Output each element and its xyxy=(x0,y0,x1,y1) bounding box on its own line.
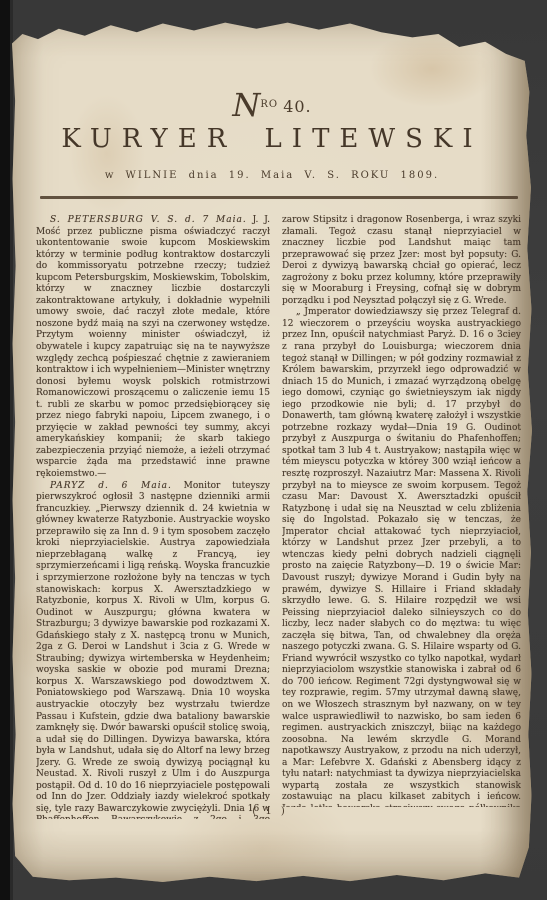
article-imperator-text: „ Jmperator dowiedziawszy się przez Tele… xyxy=(282,307,521,807)
dateline: w WILNIE dnia 19. Maia V. S. ROKU 1809. xyxy=(12,170,532,181)
binding-edge xyxy=(10,0,13,900)
issue-number: 40. xyxy=(283,97,311,116)
page-number: ( 1 ) xyxy=(230,806,310,817)
newspaper-title: KURYER LITEWSKI xyxy=(12,124,532,154)
article-petersburg-heading: S. PETERSBURG V. S. d. 7 Maia. xyxy=(50,215,247,225)
article-paryz-continuation: zarow Stipsitz i dragonow Rosenberga, i … xyxy=(282,215,521,307)
article-paryz: PARYZ d. 6 Maia. Monitor tuteyszy pierws… xyxy=(36,481,270,819)
article-paryz-text: Monitor tuteyszy pierwszykroć ogłosił 3 … xyxy=(36,481,270,819)
newspaper-page: NRO 40. KURYER LITEWSKI w WILNIE dnia 19… xyxy=(12,14,532,882)
left-column: S. PETERSBURG V. S. d. 7 Maia. J. J. Moś… xyxy=(36,215,270,819)
issue-prefix: N xyxy=(232,86,260,124)
article-petersburg-text: J. J. Mość przez publiczne pisma oświadc… xyxy=(36,215,270,479)
issue-ro-superscript: RO xyxy=(260,99,278,110)
issue-number-line: NRO 40. xyxy=(12,86,532,124)
binding-shadow-strip xyxy=(0,0,10,900)
article-imperator: „ Jmperator dowiedziawszy się przez Tele… xyxy=(282,307,521,807)
article-paryz-continuation-text: zarow Stipsitz i dragonow Rosenberga, i … xyxy=(282,215,521,306)
article-petersburg: S. PETERSBURG V. S. d. 7 Maia. J. J. Moś… xyxy=(36,215,270,481)
masthead-rule xyxy=(40,196,518,199)
article-paryz-heading: PARYZ d. 6 Maia. xyxy=(50,481,172,491)
right-column: zarow Stipsitz i dragonow Rosenberga, i … xyxy=(282,215,521,807)
